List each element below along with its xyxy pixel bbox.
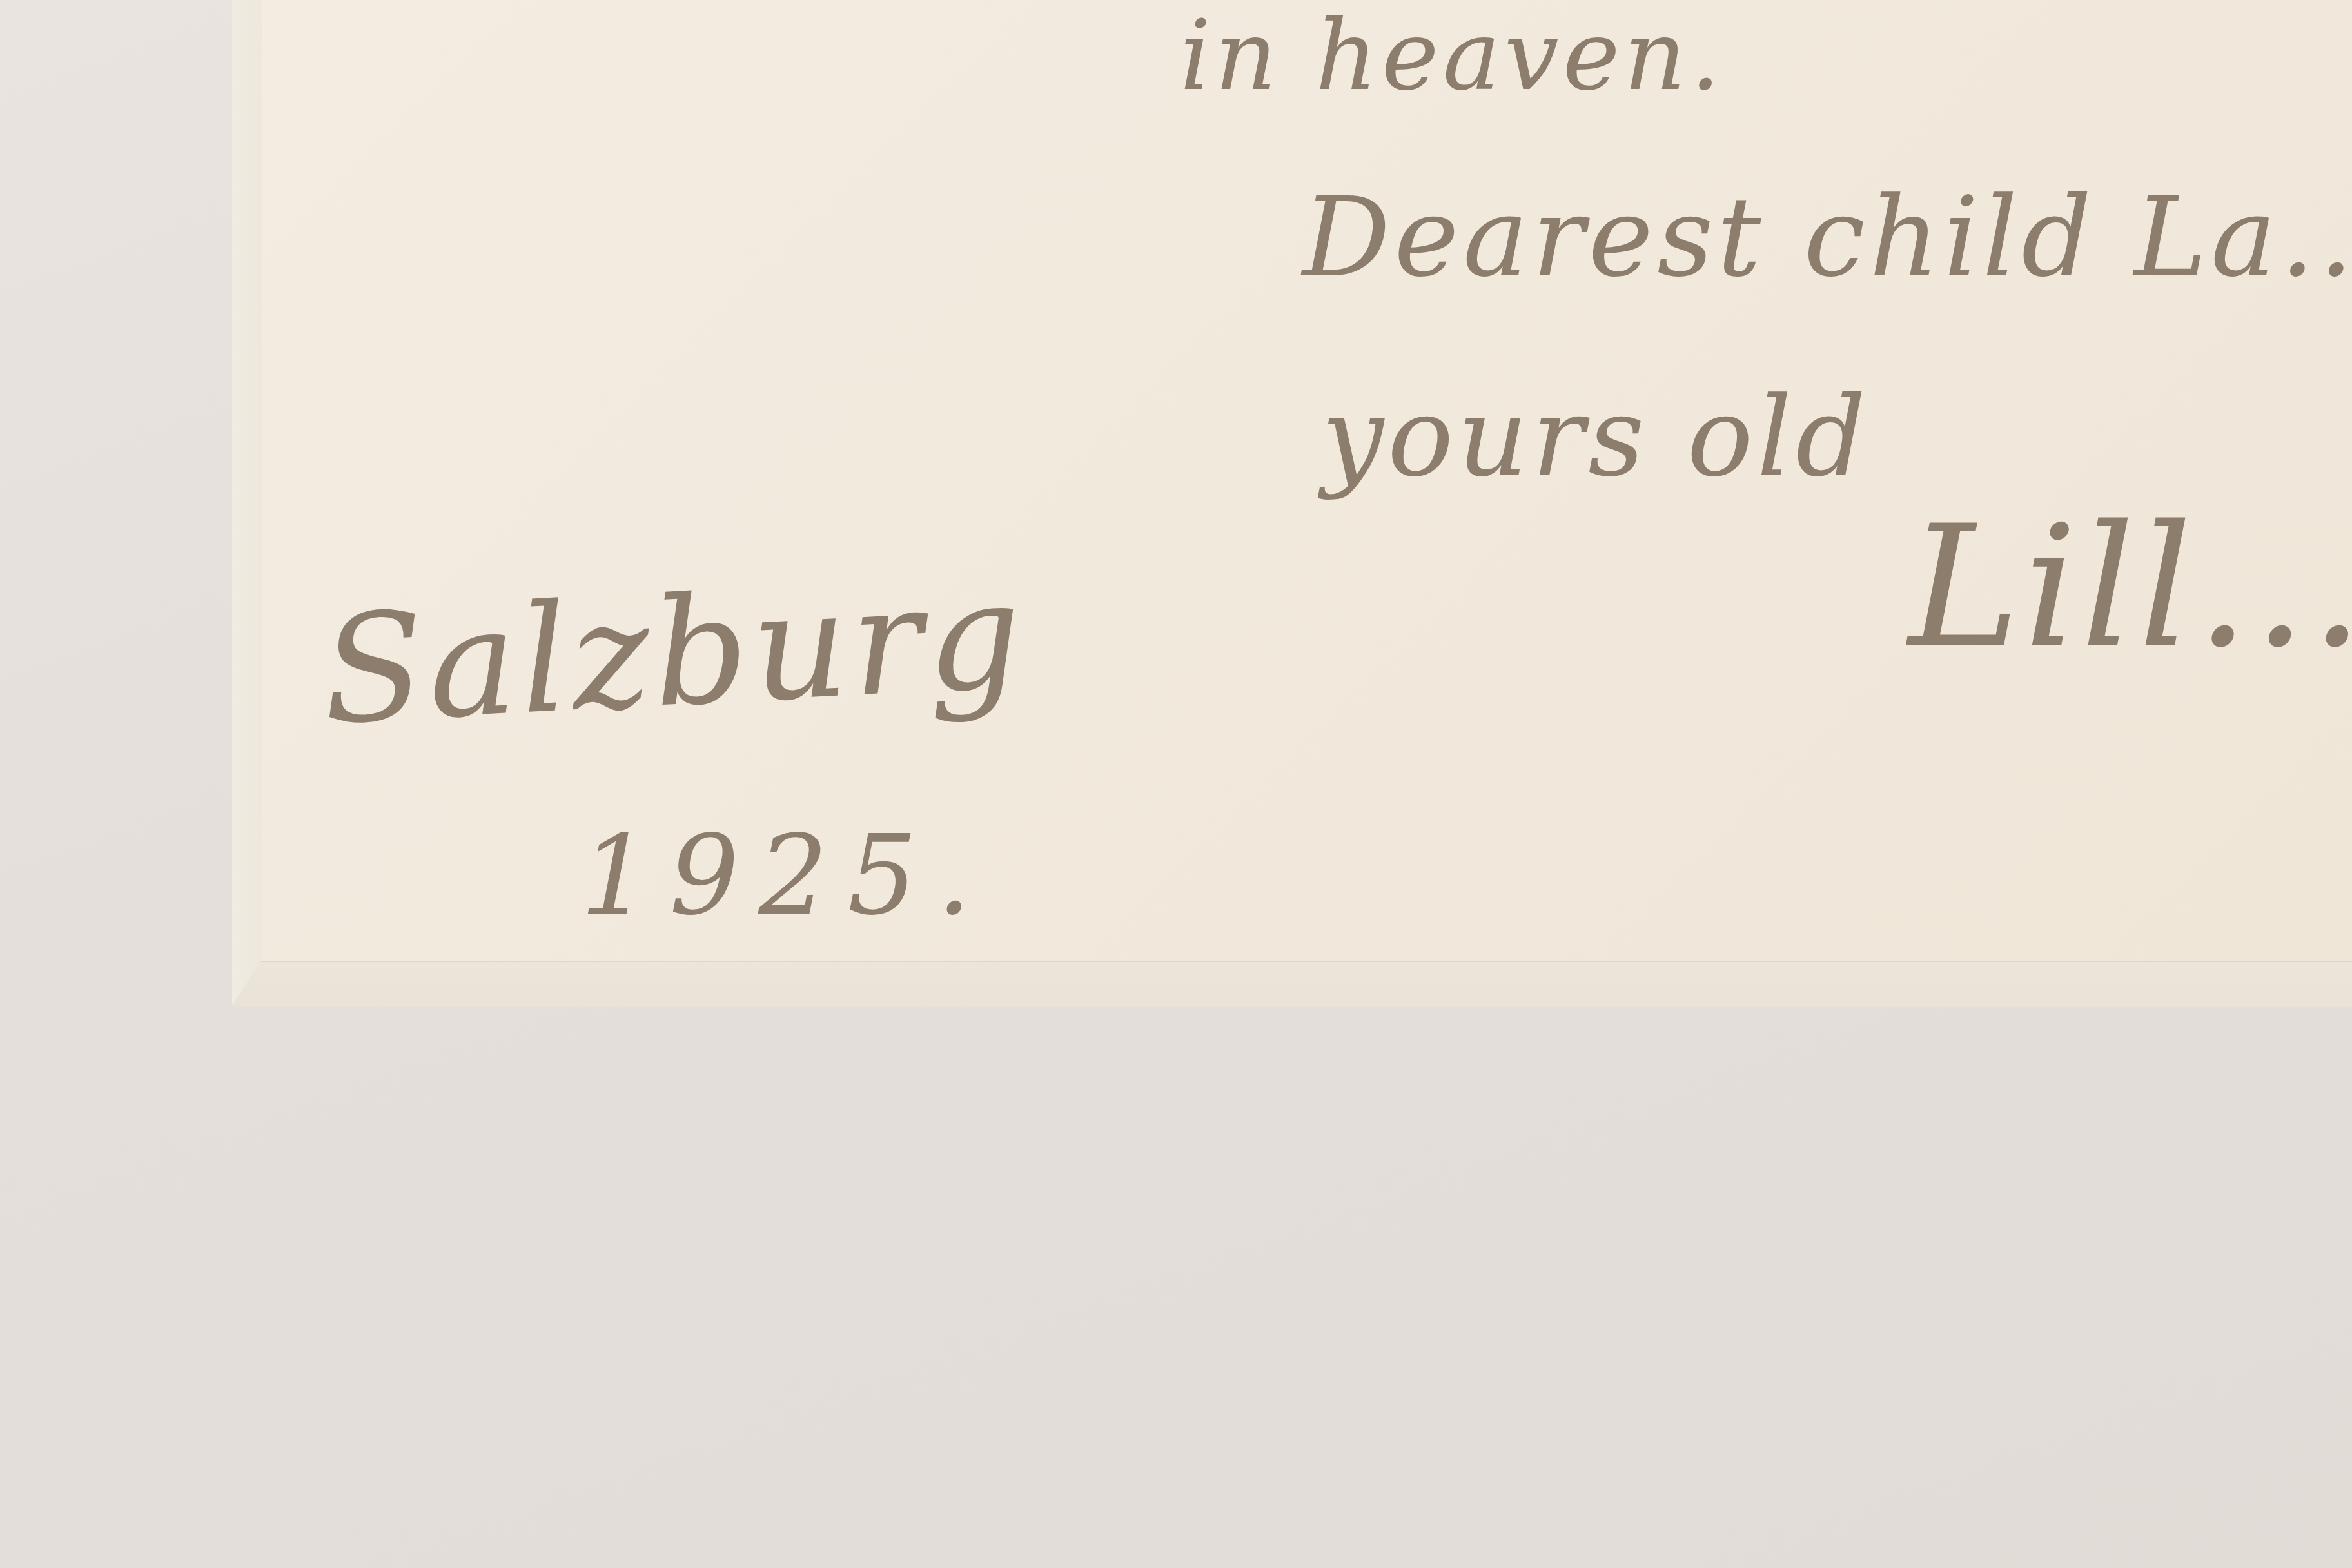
place-name: Salzburg: [318, 549, 1029, 758]
mat-bevel-left: [232, 0, 262, 1006]
signature: Lill...: [1908, 490, 2352, 685]
letter-line-3: yours old: [1322, 374, 1870, 502]
letter-paper: [262, 0, 2352, 961]
letter-line-2: Dearest child La...: [1302, 174, 2352, 302]
mat-bevel-bottom: [232, 961, 2352, 1007]
date-year: 1925.: [580, 812, 991, 940]
letter-line-1: in heaven.: [1180, 0, 1725, 112]
